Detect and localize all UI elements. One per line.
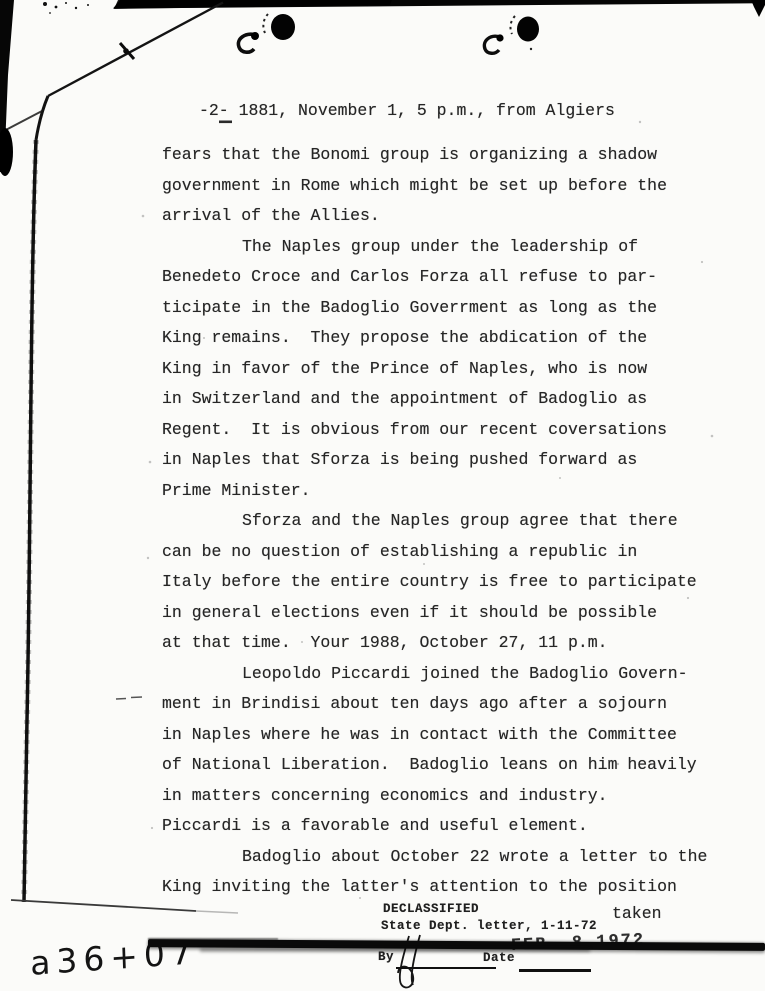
left-page-edge [24,140,36,902]
punch-hole-mark-left [238,14,295,52]
document-line: in Naples that Sforza is being pushed fo… [162,445,707,476]
document-line: arrival of the Allies. [162,201,707,232]
document-line: ment in Brindisi about ten days ago afte… [162,689,707,720]
document-line: at that time. Your 1988, October 27, 11 … [162,628,707,659]
document-line: fears that the Bonomi group is organizin… [162,140,707,171]
document-line: Italy before the entire country is free … [162,567,707,598]
document-line: King remains. They propose the abdicatio… [162,323,707,354]
top-right-corner-mark [751,0,765,17]
smudge-bar-blur [200,948,590,952]
by-signature-line [396,967,496,969]
document-line: in matters concerning economics and indu… [162,781,707,812]
declassified-stamp-authority: State Dept. letter, 1-11-72 [381,919,597,933]
document-line: Badoglio about October 22 wrote a letter… [162,842,707,873]
page-header-line: -2- 1881, November 1, 5 p.m., from Algie… [199,101,615,121]
continuation-word: taken [612,904,662,923]
date-label: Date [483,951,515,965]
document-line: The Naples group under the leadership of [162,232,707,263]
document-line: Sforza and the Naples group agree that t… [162,506,707,537]
smudge-bar-leadin [148,938,278,940]
document-line: in Switzerland and the appointment of Ba… [162,384,707,415]
date-fill-line [519,969,591,972]
scanned-document-page: -2- 1881, November 1, 5 p.m., from Algie… [0,0,765,991]
document-line: Regent. It is obvious from our recent co… [162,415,707,446]
document-line: Benedeto Croce and Carlos Forza all refu… [162,262,707,293]
top-edge-bar [113,0,765,9]
document-line: Leopoldo Piccardi joined the Badoglio Go… [162,659,707,690]
top-left-specks [43,2,89,14]
document-line: of National Liberation. Badoglio leans o… [162,750,707,781]
pencil-dashes [116,697,142,699]
document-line: in general elections even if it should b… [162,598,707,629]
document-body: fears that the Bonomi group is organizin… [162,140,707,903]
top-left-wedge [0,0,14,172]
document-line: Prime Minister. [162,476,707,507]
document-line: King inviting the latter's attention to … [162,872,707,903]
crease-cross-tick [120,43,134,59]
document-line: Piccardi is a favorable and useful eleme… [162,811,707,842]
document-line: King in favor of the Prince of Naples, w… [162,354,707,385]
document-line: ticipate in the Badoglio Goverrment as l… [162,293,707,324]
fold-crease-line [48,3,223,97]
document-line: government in Rome which might be set up… [162,171,707,202]
punch-hole-mark-right [484,16,539,53]
document-line: in Naples where he was in contact with t… [162,720,707,751]
document-line: can be no question of establishing a rep… [162,537,707,568]
declassified-stamp-title: DECLASSIFIED [383,902,479,916]
by-label: By [378,950,394,964]
